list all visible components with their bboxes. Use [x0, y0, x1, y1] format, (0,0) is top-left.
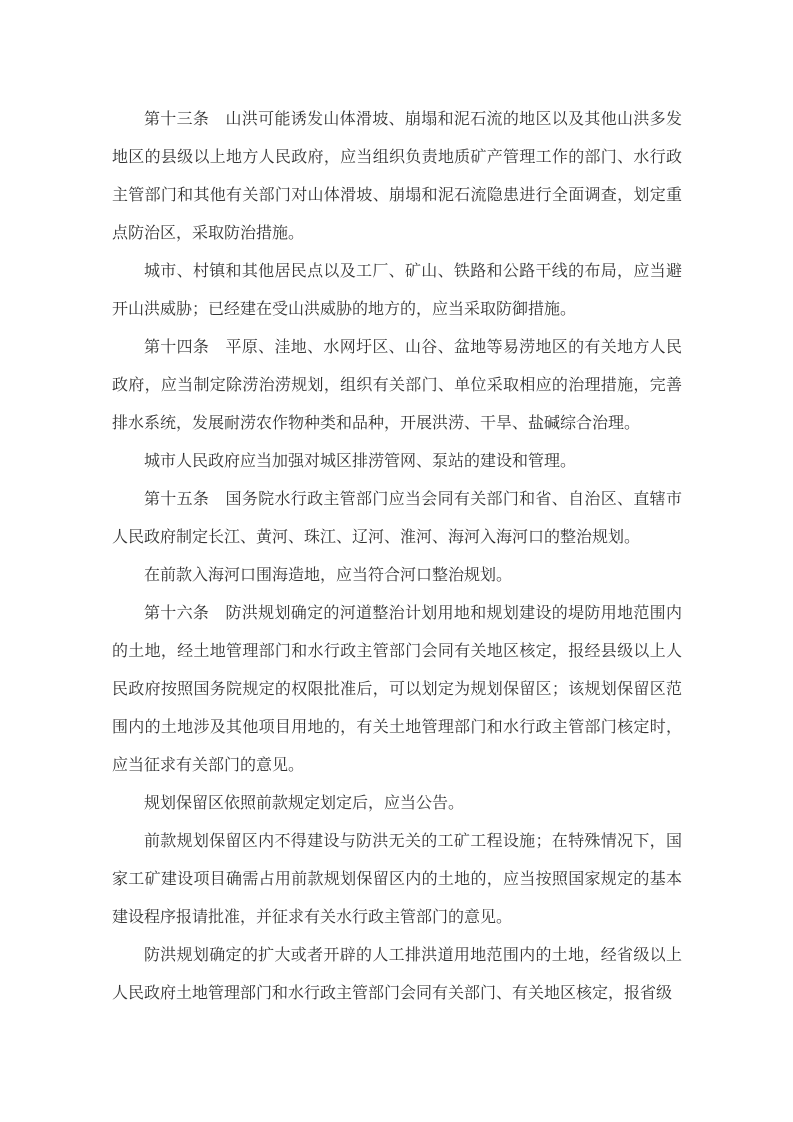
paragraph: 前款规划保留区内不得建设与防洪无关的工矿工程设施；在特殊情况下，国家工矿建设项目…	[112, 823, 682, 937]
paragraph: 第十三条 山洪可能诱发山体滑坡、崩塌和泥石流的地区以及其他山洪多发地区的县级以上…	[112, 101, 682, 253]
paragraph: 第十五条 国务院水行政主管部门应当会同有关部门和省、自治区、直辖市人民政府制定长…	[112, 481, 682, 557]
document-body: 第十三条 山洪可能诱发山体滑坡、崩塌和泥石流的地区以及其他山洪多发地区的县级以上…	[112, 101, 682, 1013]
paragraph: 城市、村镇和其他居民点以及工厂、矿山、铁路和公路干线的布局，应当避开山洪威胁；已…	[112, 253, 682, 329]
paragraph: 规划保留区依照前款规定划定后，应当公告。	[112, 785, 682, 823]
paragraph: 防洪规划确定的扩大或者开辟的人工排洪道用地范围内的土地，经省级以上人民政府土地管…	[112, 937, 682, 1013]
paragraph: 城市人民政府应当加强对城区排涝管网、泵站的建设和管理。	[112, 443, 682, 481]
document-page: 第十三条 山洪可能诱发山体滑坡、崩塌和泥石流的地区以及其他山洪多发地区的县级以上…	[0, 0, 793, 1122]
paragraph: 第十六条 防洪规划确定的河道整治计划用地和规划建设的堤防用地范围内的土地，经土地…	[112, 595, 682, 785]
paragraph: 在前款入海河口围海造地，应当符合河口整治规划。	[112, 557, 682, 595]
paragraph: 第十四条 平原、洼地、水网圩区、山谷、盆地等易涝地区的有关地方人民政府，应当制定…	[112, 329, 682, 443]
